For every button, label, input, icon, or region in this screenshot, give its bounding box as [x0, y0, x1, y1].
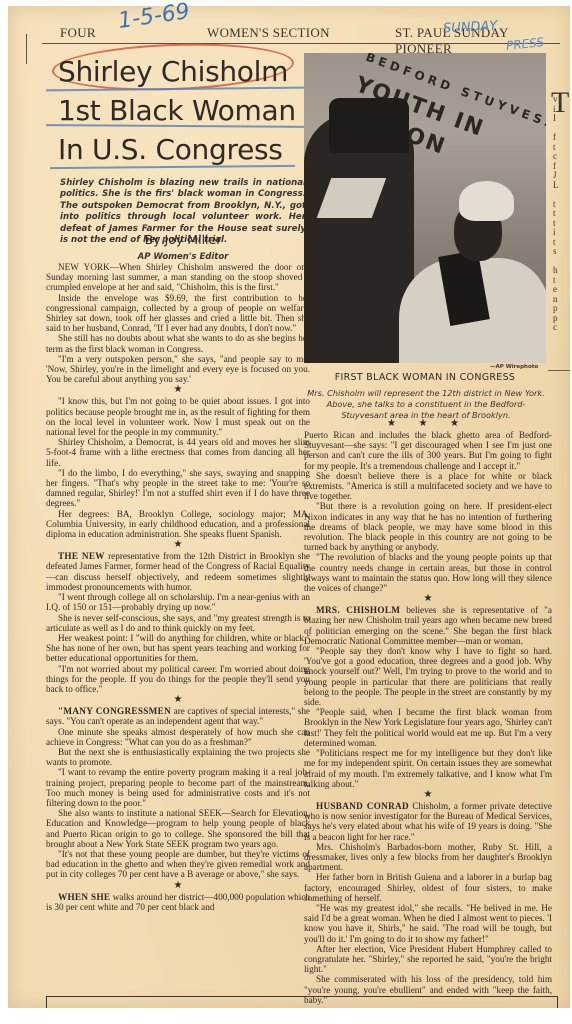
article-paragraph: Inside the envelope was $9.69, the first…	[46, 293, 310, 334]
photo-woman-hat	[459, 181, 514, 221]
article-paragraph: Puerto Rican and includes the black ghet…	[304, 430, 552, 471]
neighbor-article-edge: viI ftcfJL tttits htenppc	[553, 95, 567, 333]
paragraph-text: She is never self-conscious, she says, a…	[46, 613, 310, 633]
section-name: WOMEN'S SECTION	[207, 25, 330, 41]
article-paragraph: But the next she is enthusiastically exp…	[46, 747, 310, 767]
byline-title: AP Women's Editor	[60, 252, 306, 262]
header-rule	[42, 43, 560, 44]
article-paragraph: "I went through college all on scholarsh…	[46, 592, 310, 612]
article-paragraph: HUSBAND CONRAD Chisholm, a former privat…	[304, 801, 552, 842]
article-column-2: Puerto Rican and includes the black ghet…	[304, 430, 552, 1005]
paragraph-text: "People say they don't know why I have t…	[304, 646, 552, 707]
photo-man-hat	[329, 98, 409, 153]
article-paragraph: "MANY CONGRESSMEN are captives of specia…	[46, 706, 310, 726]
article-paragraph: Her degrees: BA, Brooklyn College, socio…	[46, 509, 310, 540]
article-paragraph: She also wants to institute a national S…	[46, 808, 310, 849]
article-paragraph: She is never self-conscious, she says, a…	[46, 613, 310, 633]
article-paragraph: One minute she speaks almost desperately…	[46, 727, 310, 747]
photo-title: FIRST BLACK WOMAN IN CONGRESS	[304, 372, 546, 383]
article-paragraph: "People said, when I became the first bl…	[304, 707, 552, 748]
neighbor-letter: L	[553, 181, 567, 191]
paragraph-text: "He was my greatest idol," she recalls. …	[304, 903, 552, 944]
news-photo: BEDFORD STUYVESANT YOUTH IN ACTION	[304, 53, 546, 363]
paragraph-text: NEW YORK—When Shirley Chisholm answered …	[46, 262, 310, 292]
star-divider: ★	[46, 539, 310, 551]
article-paragraph: "Politicians respect me for my intellige…	[304, 748, 552, 789]
paragraph-text: "The revolution of blacks and the young …	[304, 552, 552, 593]
article-paragraph: Shirley Chisholm, a Democrat, is 44 year…	[46, 437, 310, 468]
paragraph-text: "I do the limbo, I do everything," she s…	[46, 468, 310, 509]
paragraph-text: After her election, Vice President Huber…	[304, 944, 552, 974]
paragraph-text: Inside the envelope was $9.69, the first…	[46, 293, 310, 334]
article-paragraph: Her father born in British Guiena and a …	[304, 872, 552, 903]
paragraph-text: She also wants to institute a national S…	[46, 808, 310, 849]
headline-line-1: Shirley Chisholm	[58, 52, 308, 91]
article-paragraph: "The revolution of blacks and the young …	[304, 552, 552, 593]
headline-line-3: In U.S. Congress	[58, 130, 308, 169]
paragraph-text: Her father born in British Guiena and a …	[304, 872, 552, 902]
paragraph-text: "It's not that these young people are du…	[46, 849, 310, 879]
neighbor-letter: s	[553, 247, 567, 257]
article-paragraph: She doesn't believe there is a place for…	[304, 471, 552, 502]
torn-edge	[0, 1008, 572, 1024]
article-column-1: NEW YORK—When Shirley Chisholm answered …	[46, 262, 310, 912]
paragraph-text: "Politicians respect me for my intellige…	[304, 748, 552, 789]
column-divider	[548, 370, 570, 371]
article-paragraph: "But there is a revolution going on here…	[304, 501, 552, 552]
paragraph-lead-in: HUSBAND CONRAD	[316, 801, 409, 811]
article-paragraph: "People say they don't know why I have t…	[304, 646, 552, 707]
photo-credit: —AP Wirephoto	[490, 364, 538, 370]
handwritten-sunday: SUNDAY	[443, 19, 498, 37]
article-paragraph: "I'm a very outspoken person," she says,…	[46, 354, 310, 385]
article-paragraph: THE NEW representative from the 12th Dis…	[46, 551, 310, 592]
article-paragraph: She still has no doubts about what she w…	[46, 333, 310, 353]
paragraph-lead-in: MRS. CHISHOLM	[316, 605, 400, 615]
page-number: FOUR	[60, 25, 96, 41]
paragraph-text: Her weakest point: I "will do anything f…	[46, 633, 310, 663]
paragraph-text: Mrs. Chisholm's Barbados-born mother, Ru…	[304, 842, 552, 872]
article-paragraph: NEW YORK—When Shirley Chisholm answered …	[46, 262, 310, 293]
paragraph-text: "I'm a very outspoken person," she says,…	[46, 354, 310, 384]
article-paragraph: "It's not that these young people are du…	[46, 849, 310, 880]
article-paragraph: MRS. CHISHOLM believes she is representa…	[304, 605, 552, 646]
article-paragraph: "I'm not worried about my political care…	[46, 664, 310, 695]
article-paragraph: After her election, Vice President Huber…	[304, 944, 552, 975]
fold-mark	[26, 34, 27, 64]
paragraph-text: "I know this, but I'm not going to be qu…	[46, 396, 310, 437]
paragraph-text: One minute she speaks almost desperately…	[46, 727, 310, 747]
paragraph-text: "People said, when I became the first bl…	[304, 707, 552, 748]
paragraph-lead-in: WHEN SHE	[58, 892, 110, 902]
section-divider-stars: ★ ★ ★	[304, 418, 552, 429]
paragraph-text: "I'm not worried about my political care…	[46, 664, 310, 694]
paragraph-text: Her degrees: BA, Brooklyn College, socio…	[46, 509, 310, 539]
headline: Shirley Chisholm 1st Black Woman In U.S.…	[58, 52, 308, 169]
neighbor-letter: I	[553, 114, 567, 124]
paragraph-text: She doesn't believe there is a place for…	[304, 471, 552, 501]
paragraph-text: "But there is a revolution going on here…	[304, 501, 552, 552]
paragraph-text: Shirley Chisholm, a Democrat, is 44 year…	[46, 437, 310, 467]
article-paragraph: "He was my greatest idol," she recalls. …	[304, 903, 552, 944]
paragraph-text: "I want to revamp the entire poverty pro…	[46, 767, 310, 808]
neighbor-letter: c	[553, 323, 567, 333]
article-paragraph: Mrs. Chisholm's Barbados-born mother, Ru…	[304, 842, 552, 873]
article-paragraph: "I want to revamp the entire poverty pro…	[46, 767, 310, 808]
paragraph-text: But the next she is enthusiastically exp…	[46, 747, 310, 767]
article-paragraph: WHEN SHE walks around her district—400,0…	[46, 892, 310, 912]
star-divider: ★	[304, 789, 552, 801]
article-paragraph: Her weakest point: I "will do anything f…	[46, 633, 310, 664]
article-paragraph: "I know this, but I'm not going to be qu…	[46, 396, 310, 437]
paragraph-text: "I went through college all on scholarsh…	[46, 592, 310, 612]
photo-caption: Mrs. Chisholm will represent the 12th di…	[306, 388, 546, 421]
star-divider: ★	[304, 593, 552, 605]
paragraph-text: Puerto Rican and includes the black ghet…	[304, 430, 552, 471]
paragraph-text: She still has no doubts about what she w…	[46, 333, 310, 353]
byline: By Joy Miller	[60, 232, 306, 247]
star-divider: ★	[46, 694, 310, 706]
paragraph-lead-in: THE NEW	[58, 551, 105, 561]
star-divider: ★	[46, 880, 310, 892]
article-paragraph: "I do the limbo, I do everything," she s…	[46, 468, 310, 509]
star-divider: ★	[46, 384, 310, 396]
paragraph-lead-in: "MANY CONGRESSMEN	[58, 706, 171, 716]
